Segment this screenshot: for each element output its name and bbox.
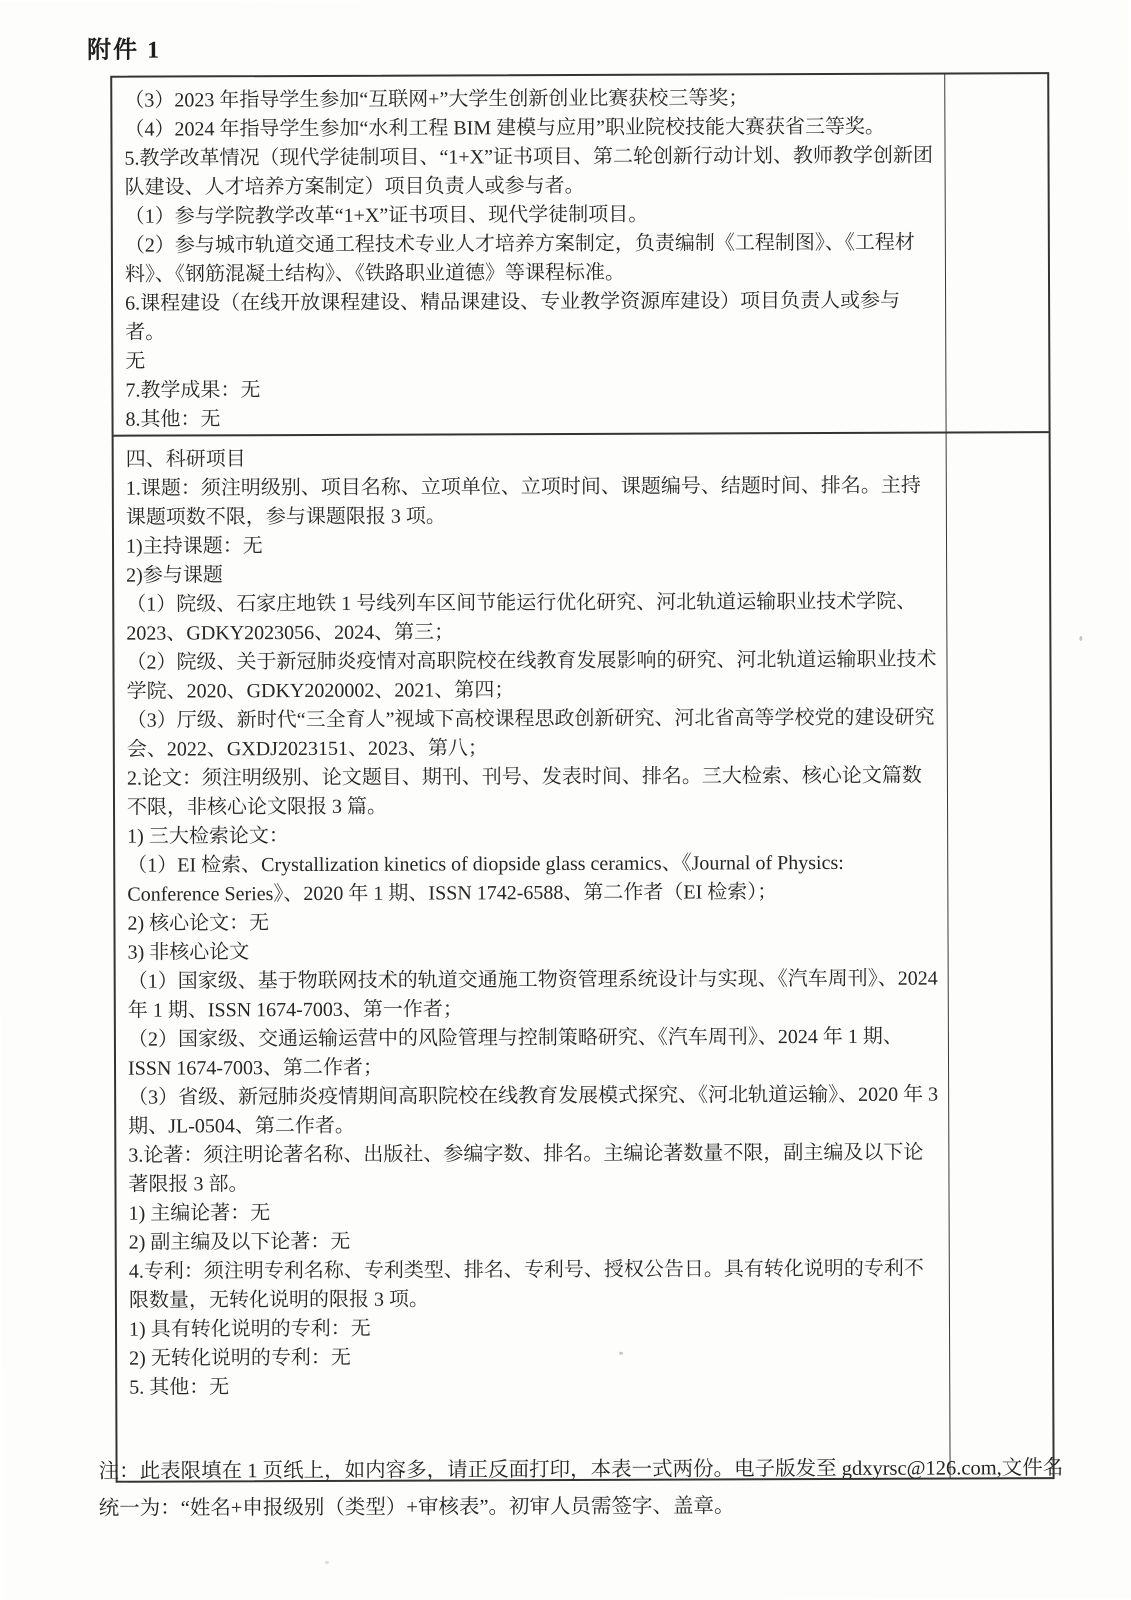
text-line: 1) 三大检索论文：	[127, 820, 939, 852]
text-line: （2）参与城市轨道交通工程技术专业人才培养方案制定，负责编制《工程制图》、《工程…	[125, 229, 937, 290]
text-line: （2）院级、关于新冠肺炎疫情对高职院校在线教育发展影响的研究、河北轨道运输职业技…	[126, 646, 938, 707]
scan-speckle	[714, 768, 718, 772]
text-line: （1）院级、石家庄地铁 1 号线列车区间节能运行优化研究、河北轨道运输职业技术学…	[126, 588, 938, 649]
text-line: （3）省级、新冠肺炎疫情期间高职院校在线教育发展模式探究、《河北轨道运输》、20…	[128, 1081, 940, 1142]
text-line: 5. 其他：无	[129, 1371, 941, 1403]
text-line: 1) 主编论著：无	[129, 1197, 941, 1229]
text-line: 2.论文：须注明级别、论文题目、期刊、刊号、发表时间、排名。三大检索、核心论文篇…	[127, 762, 939, 823]
text-line: 5.教学改革情况（现代学徒制项目、“1+X”证书项目、第二轮创新行动计划、教师教…	[124, 142, 936, 203]
teaching-section-cell: （3）2023 年指导学生参加“互联网+”大学生创新创业比赛获校三等奖； （4）…	[112, 75, 945, 435]
section-heading: 四、科研项目	[126, 443, 938, 475]
text-line: 3.论著：须注明论著名称、出版社、参编字数、排名。主编论著数量不限，副主编及以下…	[128, 1139, 940, 1200]
text-line: 2) 核心论文：无	[127, 907, 939, 939]
scanned-document-page: 附件 1 （3）2023 年指导学生参加“互联网+”大学生创新创业比赛获校三等奖…	[0, 0, 1131, 1600]
text-line: （3）2023 年指导学生参加“互联网+”大学生创新创业比赛获校三等奖；	[124, 84, 936, 116]
text-line: 7.教学成果：无	[125, 374, 937, 406]
text-line: 1) 具有转化说明的专利：无	[129, 1313, 941, 1345]
text-line: （4）2024 年指导学生参加“水利工程 BIM 建模与应用”职业院校技能大赛获…	[124, 113, 936, 145]
review-form-table: （3）2023 年指导学生参加“互联网+”大学生创新创业比赛获校三等奖； （4）…	[110, 72, 1054, 1483]
text-line: （1）EI 检索、Crystallization kinetics of dio…	[127, 849, 939, 910]
text-line: （2）国家级、交通运输运营中的风险管理与控制策略研究、《汽车周刊》、2024 年…	[128, 1023, 940, 1084]
research-section-cell: 四、科研项目 1.课题：须注明级别、项目名称、立项单位、立项时间、课题编号、结题…	[114, 434, 950, 1481]
text-line: 4.专利：须注明专利名称、专利类型、排名、专利号、授权公告日。具有转化说明的专利…	[129, 1255, 941, 1316]
text-line: 3) 非核心论文	[128, 936, 940, 968]
text-line: 6.课程建设（在线开放课程建设、精品课建设、专业教学资源库建设）项目负责人或参与…	[125, 287, 937, 348]
table-row-research-section: 四、科研项目 1.课题：须注明级别、项目名称、立项单位、立项时间、课题编号、结题…	[114, 433, 1053, 1481]
table-row-teaching-section: （3）2023 年指导学生参加“互联网+”大学生创新创业比赛获校三等奖； （4）…	[112, 74, 1048, 437]
text-line: 8.其他：无	[125, 403, 937, 435]
scan-speckle	[1079, 636, 1082, 641]
text-line: 1.课题：须注明级别、项目名称、立项单位、立项时间、课题编号、结题时间、排名。主…	[126, 472, 938, 533]
review-empty-cell	[946, 433, 1053, 1477]
scan-speckle	[325, 1561, 329, 1564]
scan-speckle	[619, 1352, 623, 1355]
review-empty-cell	[944, 74, 1048, 431]
text-line: 无	[125, 345, 937, 377]
text-line: 2) 副主编及以下论著：无	[129, 1226, 941, 1258]
text-line: 2) 无转化说明的专利：无	[129, 1342, 941, 1374]
attachment-label: 附件 1	[87, 30, 161, 65]
footer-note: 注：此表限填在 1 页纸上，如内容多，请正反面打印，本表一式两份。电子版发至 g…	[99, 1450, 1074, 1528]
text-line: （3）厅级、新时代“三全育人”视域下高校课程思政创新研究、河北省高等学校党的建设…	[127, 704, 939, 765]
text-line: （1）参与学院教学改革“1+X”证书项目、现代学徒制项目。	[125, 200, 937, 232]
text-line: （1）国家级、基于物联网技术的轨道交通施工物资管理系统设计与实现、《汽车周刊》、…	[128, 965, 940, 1026]
text-line: 1)主持课题：无	[126, 530, 938, 562]
text-line: 2)参与课题	[126, 559, 938, 591]
